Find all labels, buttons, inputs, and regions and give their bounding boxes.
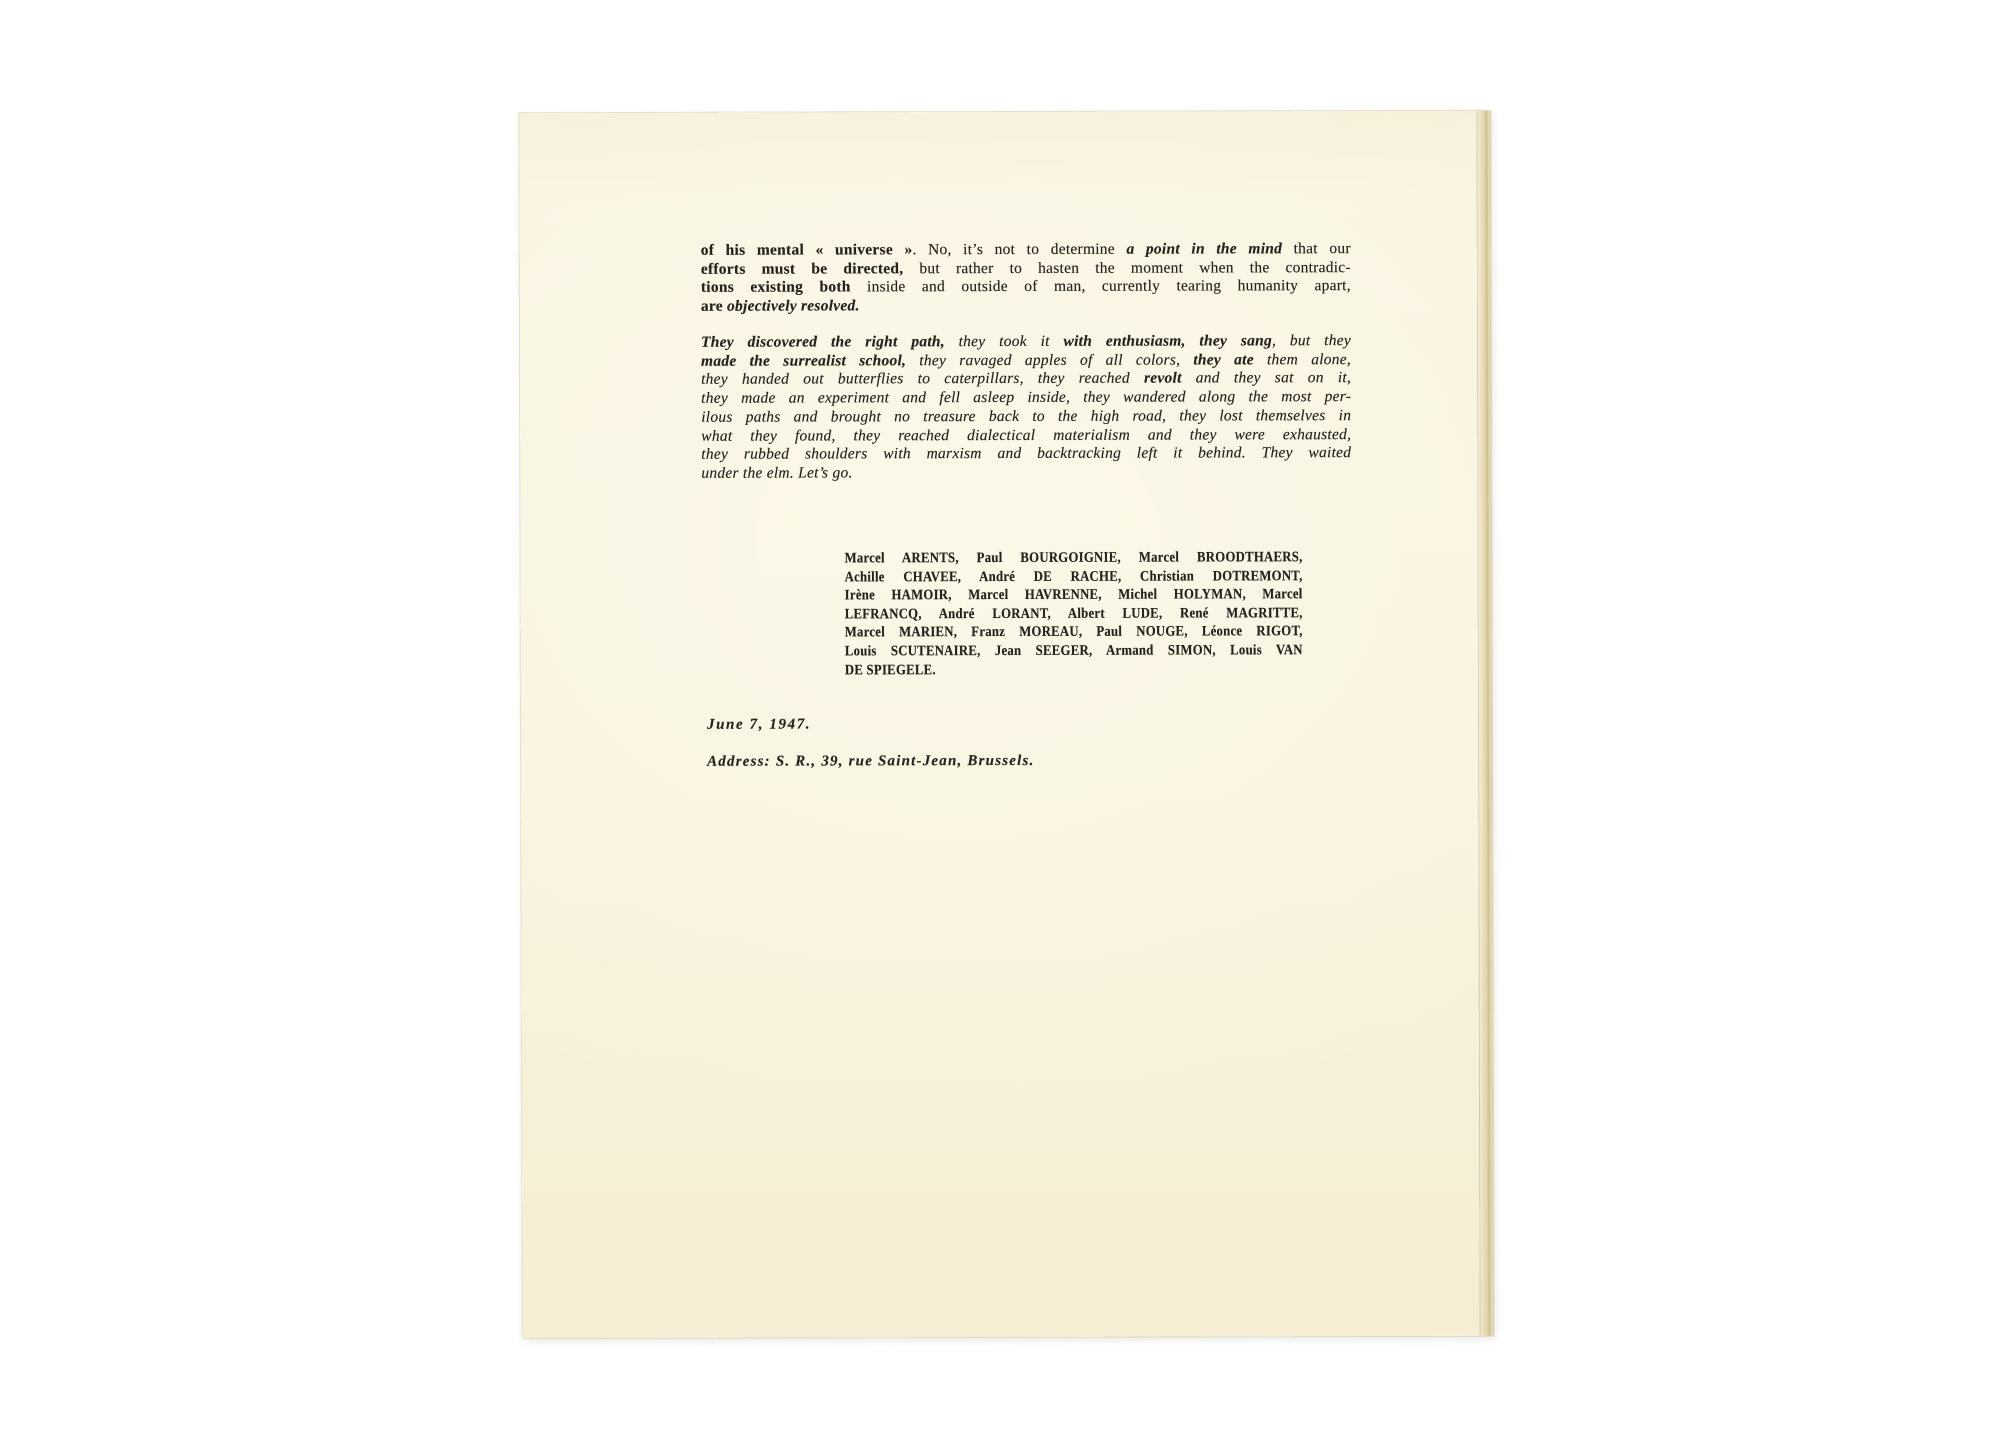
text-segment: and they sat on it, (1182, 370, 1351, 387)
text-segment: they handed out butterflies to caterpill… (701, 370, 1144, 388)
text-segment: that our (1282, 240, 1351, 257)
text-segment: . No, it’s not to determine (912, 241, 1126, 259)
text-line: made the surrealist school, they ravaged… (701, 351, 1351, 371)
text-segment: inside and outside of man, currently tea… (851, 278, 1351, 296)
text-segment: Louis SCUTENAIRE, Jean SEEGER, Armand SI… (845, 642, 1303, 659)
text-line: efforts must be directed, but rather to … (701, 259, 1351, 279)
text-segment: they ate (1193, 351, 1267, 368)
text-segment: Marcel MARIEN, Franz MOREAU, Paul NOUGE,… (845, 624, 1303, 641)
text-segment: a point in the mind (1126, 240, 1282, 257)
text-segment: them alone, (1267, 351, 1351, 368)
text-line: of his mental « universe ». No, it’s not… (701, 240, 1351, 260)
text-segment: they made an experiment and fell asleep … (701, 388, 1351, 407)
text-segment: they rubbed shoulders with marxism and b… (701, 444, 1351, 463)
text-segment: revolt (1144, 370, 1182, 387)
text-segment: of his mental « universe » (701, 241, 913, 259)
address-line: Address: S. R., 39, rue Saint-Jean, Brus… (707, 753, 1034, 771)
signatories-list: Marcel ARENTS, Paul BOURGOIGNIE, Marcel … (845, 548, 1303, 679)
text-segment: objectively resolved. (727, 297, 860, 314)
text-line: DE SPIEGELE. (845, 660, 1303, 680)
text-line: Marcel ARENTS, Paul BOURGOIGNIE, Marcel … (845, 548, 1303, 568)
text-line: Achille CHAVEE, André DE RACHE, Christia… (845, 567, 1303, 587)
text-segment: tions existing both (701, 279, 851, 296)
text-segment: with enthusiasm, they sang (1063, 332, 1272, 350)
text-segment: They discovered the right path, (701, 333, 959, 351)
text-line: under the elm. Let’s go. (701, 463, 1351, 483)
paper-fold-edge (1476, 111, 1493, 1336)
text-line: they made an experiment and fell asleep … (701, 388, 1351, 408)
text-segment: are (701, 298, 727, 315)
text-line: what they found, they reached dialectica… (701, 426, 1351, 446)
text-segment: Irène HAMOIR, Marcel HAVRENNE, Michel HO… (845, 586, 1303, 603)
manifesto-page: of his mental « universe ». No, it’s not… (519, 111, 1493, 1339)
text-segment: , but they (1272, 332, 1351, 349)
text-segment: made the surrealist school, (701, 352, 919, 370)
text-segment: efforts must be directed, (701, 260, 904, 278)
text-segment: under the elm. Let’s go. (701, 464, 852, 481)
text-segment: DE SPIEGELE. (845, 662, 936, 678)
text-segment: what they found, they reached dialectica… (701, 426, 1351, 445)
text-segment: ilous paths and brought no treasure back… (701, 407, 1351, 426)
text-segment: they ravaged apples of all colors, (919, 351, 1193, 369)
paragraph-resolution: of his mental « universe ». No, it’s not… (701, 240, 1351, 317)
text-line: tions existing both inside and outside o… (701, 278, 1351, 298)
text-line: they rubbed shoulders with marxism and b… (701, 444, 1351, 464)
text-line: Irène HAMOIR, Marcel HAVRENNE, Michel HO… (845, 585, 1303, 605)
text-segment: Achille CHAVEE, André DE RACHE, Christia… (845, 568, 1303, 585)
text-line: Louis SCUTENAIRE, Jean SEEGER, Armand SI… (845, 641, 1303, 661)
scanned-document-canvas: of his mental « universe ». No, it’s not… (0, 0, 2000, 1445)
text-line: they handed out butterflies to caterpill… (701, 370, 1351, 390)
paragraph-they-discovered: They discovered the right path, they too… (701, 332, 1351, 483)
date-line: June 7, 1947. (707, 717, 811, 734)
text-line: ilous paths and brought no treasure back… (701, 407, 1351, 427)
text-line: Marcel MARIEN, Franz MOREAU, Paul NOUGE,… (845, 623, 1303, 643)
text-segment: LEFRANCQ, André LORANT, Albert LUDE, Ren… (845, 605, 1303, 622)
text-segment: Marcel ARENTS, Paul BOURGOIGNIE, Marcel … (845, 549, 1303, 566)
text-line: LEFRANCQ, André LORANT, Albert LUDE, Ren… (845, 604, 1303, 624)
text-segment: but rather to hasten the moment when the… (903, 259, 1350, 277)
text-line: are objectively resolved. (701, 296, 1351, 316)
text-line: They discovered the right path, they too… (701, 332, 1351, 352)
text-segment: they took it (959, 333, 1064, 350)
